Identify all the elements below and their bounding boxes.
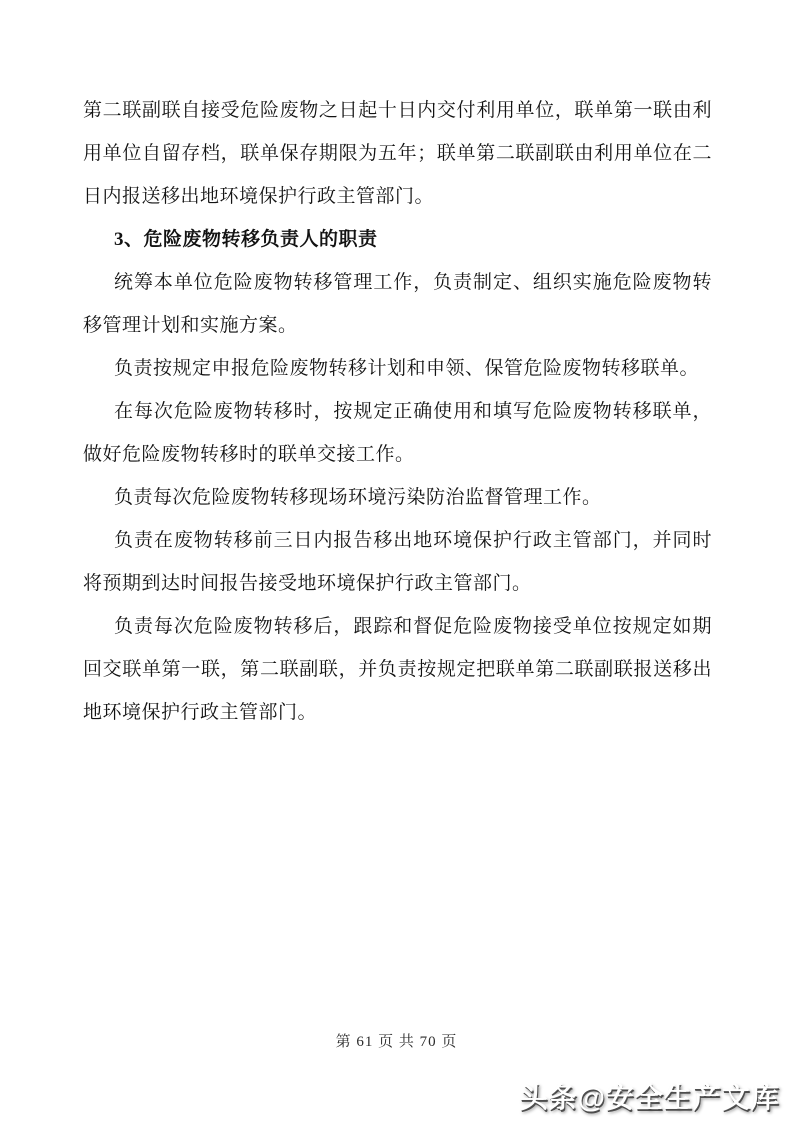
paragraph: 在每次危险废物转移时，按规定正确使用和填写危险废物转移联单，做好危险废物转移时的… bbox=[83, 390, 712, 476]
page-number-text: 第 61 页 共 70 页 bbox=[336, 1034, 458, 1050]
paragraph: 第二联副联自接受危险废物之日起十日内交付利用单位，联单第一联由利用单位自留存档，… bbox=[83, 89, 712, 218]
paragraph: 统筹本单位危险废物转移管理工作，负责制定、组织实施危险废物转移管理计划和实施方案… bbox=[83, 261, 712, 347]
watermark-text: 头条@安全生产文库 bbox=[520, 1082, 780, 1113]
paragraph: 负责每次危险废物转移后，跟踪和督促危险废物接受单位按规定如期回交联单第一联，第二… bbox=[83, 605, 712, 734]
section-heading: 3、危险废物转移负责人的职责 bbox=[83, 218, 712, 261]
page-footer: 第 61 页 共 70 页 bbox=[0, 1030, 793, 1051]
document-body: 第二联副联自接受危险废物之日起十日内交付利用单位，联单第一联由利用单位自留存档，… bbox=[83, 89, 712, 734]
paragraph: 负责每次危险废物转移现场环境污染防治监督管理工作。 bbox=[83, 476, 712, 519]
watermark: 头条@安全生产文库 bbox=[520, 1076, 780, 1116]
document-page: 第二联副联自接受危险废物之日起十日内交付利用单位，联单第一联由利用单位自留存档，… bbox=[0, 0, 793, 1122]
paragraph: 负责按规定申报危险废物转移计划和申领、保管危险废物转移联单。 bbox=[83, 347, 712, 390]
paragraph: 负责在废物转移前三日内报告移出地环境保护行政主管部门，并同时将预期到达时间报告接… bbox=[83, 519, 712, 605]
